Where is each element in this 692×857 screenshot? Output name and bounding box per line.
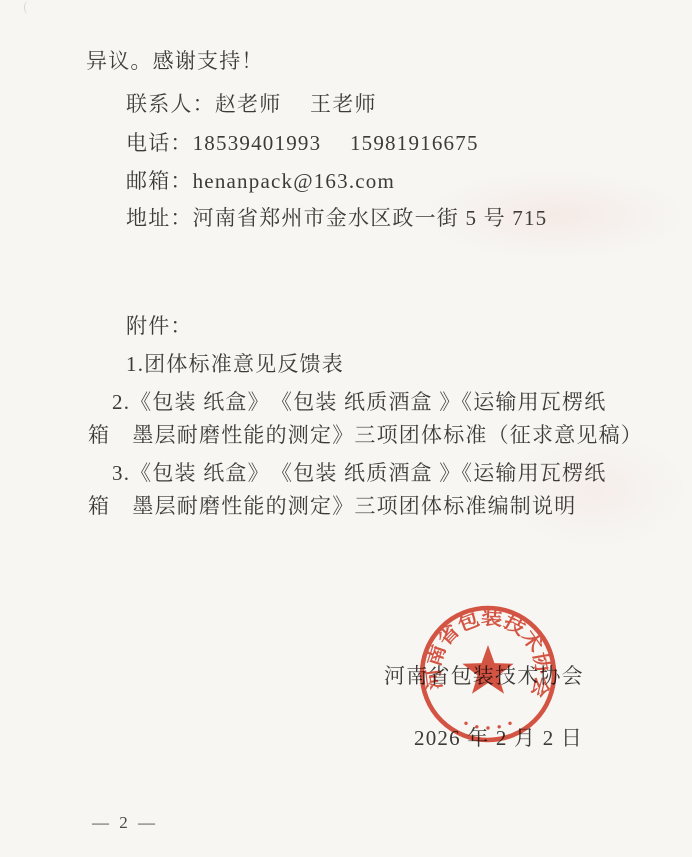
contact-email-label: 邮箱： [126,169,193,193]
closing-line: 异议。感谢支持！ [86,48,264,74]
contact-address-label: 地址： [126,206,193,230]
contact-email-value: henanpack@163.com [193,169,395,193]
contact-email-line: 邮箱：henanpack@163.com [126,168,395,194]
document-page: 异议。感谢支持！ 联系人：赵老师 王老师 电话：18539401993 1598… [0,0,692,857]
contact-address-line: 地址：河南省郑州市金水区政一街 5 号 715 [126,205,547,231]
seal-bottom-marks [464,722,511,730]
attachment-item-2-line-1: 2.《包装 纸盒》 《包装 纸质酒盒 》《运输用瓦楞纸 [112,389,606,415]
star-icon [462,645,513,694]
scan-artifact [24,1,32,14]
contact-phone-value: 18539401993 15981916675 [193,131,479,155]
contact-person-value: 赵老师 王老师 [215,92,377,116]
attachment-item-3-line-1: 3.《包装 纸盒》 《包装 纸质酒盒 》《运输用瓦楞纸 [112,460,606,486]
official-seal-stamp: 河南省包装技术协会 [407,593,569,755]
contact-phone-label: 电话： [126,131,193,155]
contact-person-label: 联系人： [126,92,215,116]
attachments-heading: 附件： [126,313,193,339]
contact-phone-line: 电话：18539401993 15981916675 [126,130,479,156]
attachment-item-3-line-2: 箱 墨层耐磨性能的测定》三项团体标准编制说明 [88,493,576,519]
contact-address-value: 河南省郑州市金水区政一街 5 号 715 [193,206,548,230]
contact-person-line: 联系人：赵老师 王老师 [126,91,377,117]
attachment-item-2-line-2: 箱 墨层耐磨性能的测定》三项团体标准（征求意见稿） [88,422,643,448]
page-number: — 2 — [92,812,158,833]
attachment-item-1: 1.团体标准意见反馈表 [126,351,344,377]
